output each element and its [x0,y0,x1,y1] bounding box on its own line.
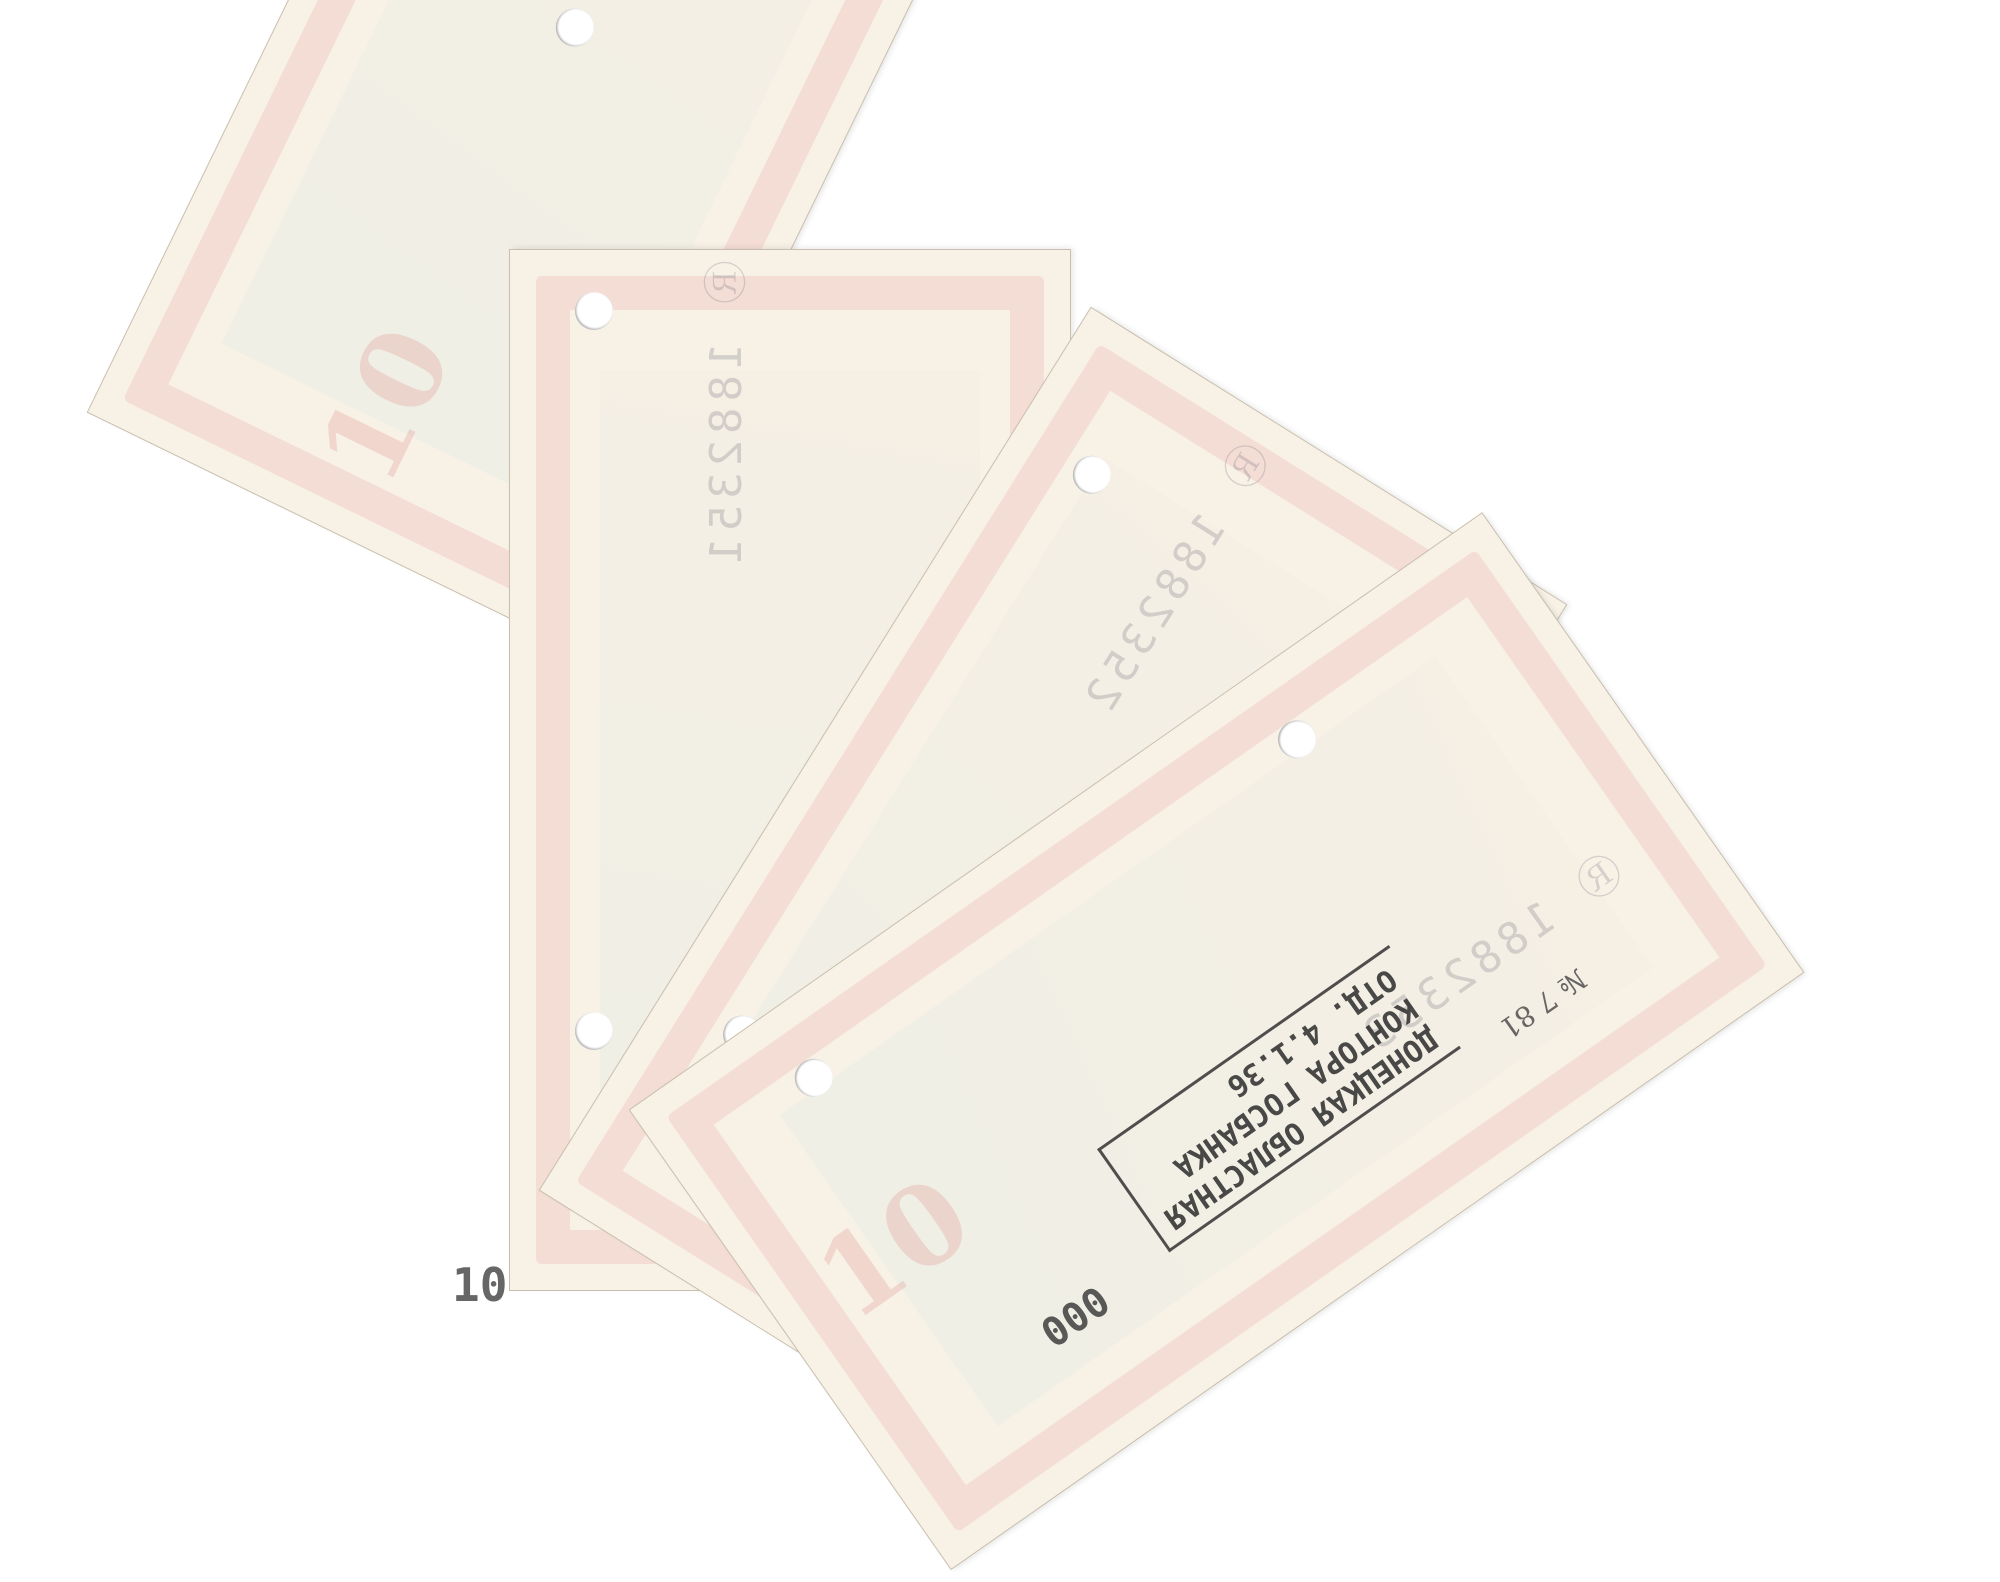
corner-mark: 10 [452,1258,507,1312]
bleed-through-serial: Ⓡ 1882351 [690,260,754,570]
punch-hole [575,1012,613,1050]
punch-hole [575,292,613,330]
